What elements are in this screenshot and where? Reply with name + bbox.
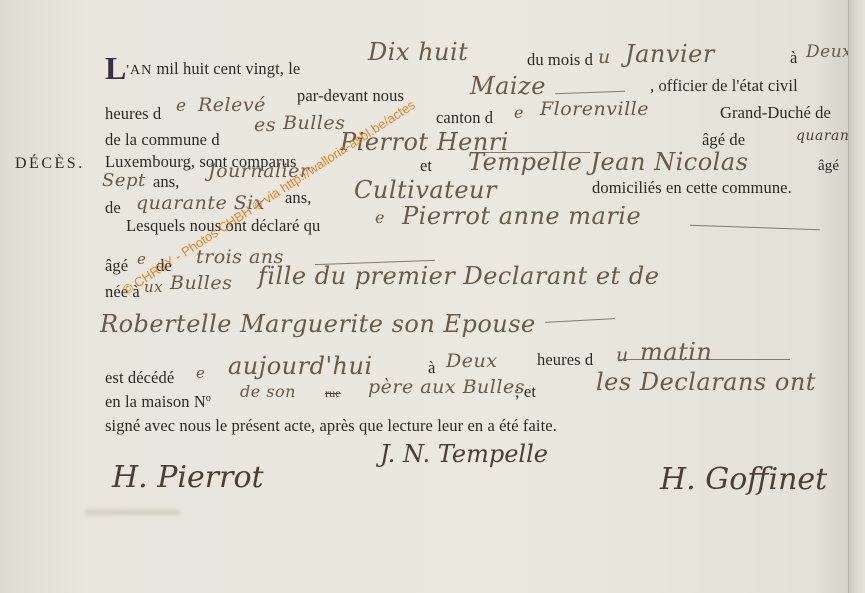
- printed-line-6c: domiciliés en cette commune.: [592, 178, 792, 198]
- printed-text: mil huit cent vingt, le: [156, 59, 300, 78]
- printed-sup-o: o: [206, 393, 211, 404]
- hand-death-hour: Deux: [446, 350, 497, 372]
- printed-line-3c: Grand-Duché de: [720, 103, 831, 123]
- hand-declarant-2: Tempelle Jean Nicolas: [468, 148, 748, 176]
- hand-deceased-age-prefix: e: [137, 250, 146, 268]
- printed-line-2b: par-devant nous: [297, 86, 404, 106]
- printed-line-4b: âgé de: [702, 130, 745, 150]
- printed-line-12: en la maison No: [105, 392, 211, 412]
- hand-relation-line-2: Robertelle Marguerite son Epouse: [100, 310, 536, 338]
- printed-line-5b: et: [420, 156, 432, 176]
- printed-smallcaps-an: 'AN: [126, 63, 152, 78]
- hand-day: Dix huit: [368, 38, 468, 66]
- printed-line-5c: âgé: [818, 158, 839, 175]
- underline: [555, 91, 625, 94]
- printed-line-11c: heures d: [537, 350, 593, 370]
- printed-line-8: âgé: [105, 256, 128, 276]
- hand-death-period: matin: [640, 338, 712, 366]
- hand-closing: les Declarans ont: [596, 368, 816, 396]
- printed-line-11b: à: [428, 358, 435, 378]
- signature-2: J. N. Tempelle: [380, 440, 548, 468]
- hand-officer: Maize: [470, 72, 546, 100]
- hand-month: Janvier: [625, 40, 715, 68]
- hand-declarant-2-occupation: Cultivateur: [354, 176, 497, 204]
- hand-deceased-name: Pierrot anne marie: [402, 202, 641, 230]
- hand-birthplace: Bulles: [170, 272, 232, 294]
- printed-line-5: ans,: [153, 172, 180, 192]
- hand-commune-prefix: es: [254, 114, 276, 136]
- underline: [690, 225, 820, 231]
- underline: [620, 359, 790, 360]
- printed-line-2: heures d: [105, 104, 161, 124]
- signature-1: H. Pierrot: [112, 460, 264, 495]
- book-gutter: [848, 0, 865, 593]
- hand-canton-prefix: e: [514, 103, 524, 122]
- printed-line-12c: ; et: [515, 382, 536, 402]
- hand-death-period-prefix: u: [616, 344, 629, 366]
- hand-time-of-day-prefix: e: [176, 96, 187, 116]
- hand-month-prefix: u: [598, 46, 611, 68]
- printed-line-6: de: [105, 198, 121, 218]
- printed-line-1b: du mois d: [527, 50, 593, 70]
- hand-death-suffix: e: [196, 364, 205, 382]
- ink-smudge: [85, 510, 180, 515]
- printed-line-3: de la commune d: [105, 130, 220, 150]
- underline: [545, 318, 615, 323]
- document-page: DÉCÈS. L'AN mil huit cent vingt, le Dix …: [0, 0, 848, 593]
- drop-cap: L: [105, 50, 126, 86]
- hand-hour: Deux: [806, 42, 852, 62]
- printed-line-1: L'AN mil huit cent vingt, le: [105, 52, 300, 84]
- printed-line-13: signé avec nous le présent acte, après q…: [105, 416, 557, 436]
- hand-deceased-prefix: e: [375, 208, 385, 227]
- hand-relation-line-1: fille du premier Declarant et de: [258, 262, 659, 290]
- printed-line-12b-struck: rue: [325, 386, 341, 401]
- hand-canton: Florenville: [540, 98, 649, 120]
- hand-death-day: aujourd'hui: [228, 352, 373, 380]
- hand-house-insert-2: père aux Bulles: [368, 376, 525, 398]
- signature-3: H. Goffinet: [660, 462, 827, 497]
- hand-house-insert: de son: [240, 382, 296, 401]
- printed-line-3b: canton d: [436, 108, 493, 128]
- printed-line-1c: à: [790, 48, 797, 68]
- hand-commune: Bulles: [283, 112, 345, 134]
- printed-line-2c: , officier de l'état civil: [650, 76, 798, 96]
- printed-text: en la maison N: [105, 392, 206, 411]
- margin-label-deces: DÉCÈS.: [15, 155, 85, 173]
- hand-time-of-day: Relevé: [198, 94, 266, 116]
- hand-declarant-1-age-2: Sept: [102, 170, 146, 191]
- printed-line-11: est décédé: [105, 368, 174, 388]
